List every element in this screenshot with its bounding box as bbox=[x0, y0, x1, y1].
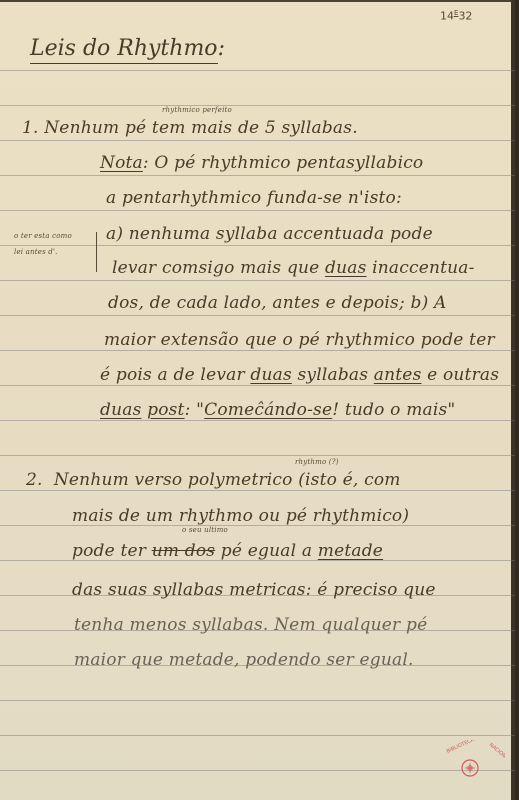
ruled-line bbox=[0, 105, 515, 106]
nota-line-4: levar comsigo mais que duas inaccentua- bbox=[112, 258, 475, 278]
nota-line-1: Nota: O pé rhythmico pentasyllabico bbox=[100, 153, 423, 173]
section-2-line-3: pode ter um dos pé egual a metade bbox=[72, 541, 383, 561]
ruled-line bbox=[0, 315, 515, 316]
scan-top-edge bbox=[0, 0, 515, 2]
margin-note-line-2: lei antes d'. bbox=[14, 248, 58, 256]
margin-note-line-1: o ter esta como bbox=[14, 232, 72, 240]
ruled-line bbox=[0, 455, 515, 456]
ruled-line bbox=[0, 245, 515, 246]
svg-text:BIBLIOTECA: BIBLIOTECA bbox=[446, 740, 476, 755]
ruled-line bbox=[0, 735, 515, 736]
section-2-line-4: das suas syllabas metricas: é preciso qu… bbox=[72, 580, 436, 600]
stamp-seal-icon: BIBLIOTECA NACIONAL bbox=[445, 740, 505, 790]
section-2-line-6: maior que metade, podendo ser egual. bbox=[74, 650, 414, 670]
nota-line-7: é pois a de levar duas syllabas antes e … bbox=[100, 365, 499, 385]
nota-line-6: maior extensão que o pé rhythmico pode t… bbox=[104, 330, 495, 350]
manuscript-page: 14E32 Leis do Rhythmo: rhythmico perfeit… bbox=[0, 0, 515, 800]
library-stamp: BIBLIOTECA NACIONAL bbox=[445, 740, 505, 790]
ruled-line bbox=[0, 385, 515, 386]
nota-line-3: a) nenhuma syllaba accentuada pode bbox=[106, 224, 433, 244]
nota-line-2: a pentarhythmico funda-se n'isto: bbox=[106, 188, 402, 208]
ruled-line bbox=[0, 175, 515, 176]
section-2-line-1: 2. Nenhum verso polymetrico (isto é, com bbox=[26, 470, 401, 490]
section-2-line-5: tenha menos syllabas. Nem qualquer pé bbox=[74, 615, 427, 635]
section-1-line-1: 1. Nenhum pé tem mais de 5 syllabas. bbox=[22, 118, 358, 138]
archive-reference: 14E32 bbox=[440, 9, 472, 23]
ruled-line bbox=[0, 420, 515, 421]
ruled-line bbox=[0, 770, 515, 771]
nota-line-5: dos, de cada lado, antes e depois; b) A bbox=[108, 293, 447, 313]
interlinear-insert: rhythmo (?) bbox=[295, 458, 339, 466]
ruled-line bbox=[0, 70, 515, 71]
document-title: Leis do Rhythmo: bbox=[30, 36, 225, 61]
ruled-line bbox=[0, 280, 515, 281]
ruled-line bbox=[0, 490, 515, 491]
interlinear-insert: o seu ultimo bbox=[182, 526, 228, 534]
ruled-line bbox=[0, 210, 515, 211]
nota-line-8: duas post: "Comeĉándo-se! tudo o mais" bbox=[100, 400, 455, 420]
scan-right-edge bbox=[511, 0, 515, 800]
interlinear-insert: rhythmico perfeito bbox=[162, 106, 232, 114]
ruled-line bbox=[0, 140, 515, 141]
ruled-line bbox=[0, 700, 515, 701]
ruled-line bbox=[0, 350, 515, 351]
svg-text:NACIONAL: NACIONAL bbox=[488, 742, 505, 763]
section-2-line-2: mais de um rhythmo ou pé rhythmico) bbox=[72, 506, 409, 526]
margin-bracket bbox=[96, 232, 97, 272]
